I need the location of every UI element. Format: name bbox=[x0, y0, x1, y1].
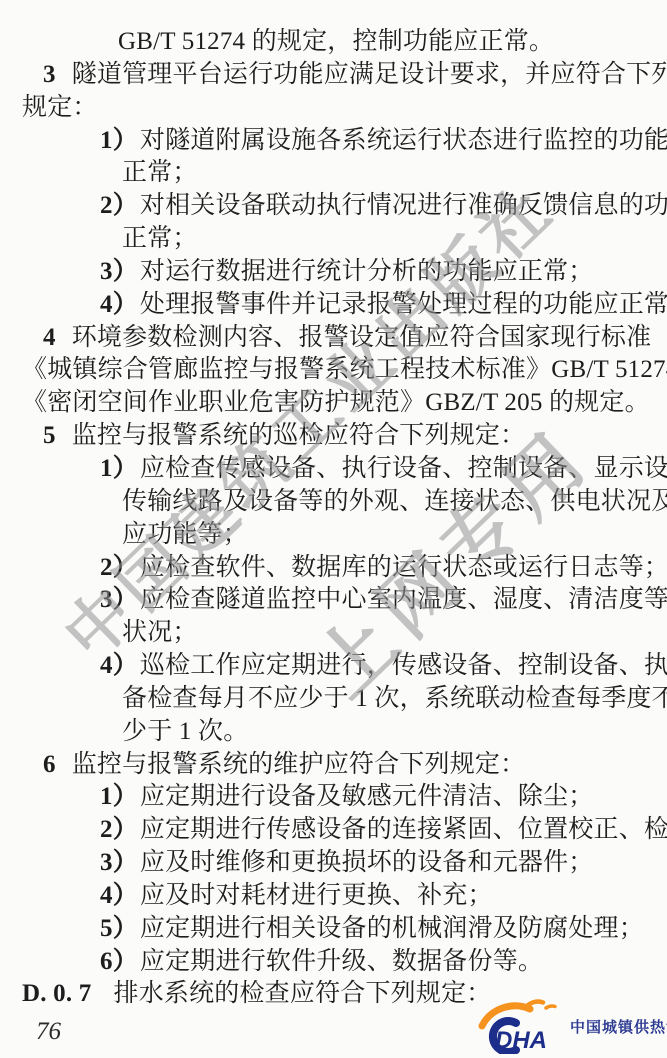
org-name: 中国城镇供热协会 bbox=[570, 1016, 667, 1037]
text-line: 3）应检查隧道监控中心室内温度、湿度、清洁度等环境 bbox=[0, 584, 667, 617]
text-line: 3隧道管理平台运行功能应满足设计要求，并应符合下列 bbox=[0, 59, 667, 92]
text-line: GB/T 51274 的规定，控制功能应正常。 bbox=[0, 26, 667, 59]
line-text: 正常； bbox=[122, 159, 198, 186]
line-text: 环境参数检测内容、报警设定值应符合国家现行标准 bbox=[72, 324, 652, 351]
text-line: 2）对相关设备联动执行情况进行准确反馈信息的功能应 bbox=[0, 190, 667, 223]
text-line: 《城镇综合管廊监控与报警系统工程技术标准》GB/T 51274 和 bbox=[0, 354, 667, 387]
page-number: 76 bbox=[36, 1018, 61, 1046]
text-line: 正常； bbox=[0, 223, 667, 256]
line-text: 规定： bbox=[22, 94, 98, 121]
line-prefix: 4 bbox=[43, 324, 56, 351]
line-prefix: 4） bbox=[100, 652, 138, 679]
line-text: 《密闭空间作业职业危害防护规范》GBZ/T 205 的规定。 bbox=[22, 389, 650, 416]
line-text: 应定期进行软件升级、数据备份等。 bbox=[140, 948, 543, 975]
text-line: 状况； bbox=[0, 617, 667, 650]
line-prefix: 6 bbox=[43, 751, 56, 778]
text-line: 规定： bbox=[0, 92, 667, 125]
text-line: 1）应定期进行设备及敏感元件清洁、除尘； bbox=[0, 781, 667, 814]
line-text: 应及时维修和更换损坏的设备和元器件； bbox=[140, 849, 594, 876]
text-line: 5监控与报警系统的巡检应符合下列规定： bbox=[0, 420, 667, 453]
text-line: 4环境参数检测内容、报警设定值应符合国家现行标准 bbox=[0, 322, 667, 355]
text-line: 正常； bbox=[0, 157, 667, 190]
line-prefix: 3 bbox=[43, 61, 56, 88]
line-text: 应功能等； bbox=[122, 521, 248, 548]
line-text: 应检查传感设备、执行设备、控制设备、显示设备、 bbox=[140, 455, 667, 482]
text-line: 1）对隧道附属设施各系统运行状态进行监控的功能应 bbox=[0, 125, 667, 158]
text-line: 4）巡检工作应定期进行，传感设备、控制设备、执行设 bbox=[0, 650, 667, 683]
line-text: 传输线路及设备等的外观、连接状态、供电状况及相 bbox=[122, 488, 667, 515]
logo-abbr: DHA bbox=[495, 1027, 547, 1054]
line-prefix: 4） bbox=[100, 291, 138, 318]
line-text: 对相关设备联动执行情况进行准确反馈信息的功能应 bbox=[140, 192, 667, 219]
line-text: 巡检工作应定期进行，传感设备、控制设备、执行设 bbox=[140, 652, 667, 679]
line-text: GB/T 51274 的规定，控制功能应正常。 bbox=[118, 28, 554, 55]
line-text: 监控与报警系统的维护应符合下列规定： bbox=[72, 751, 526, 778]
line-prefix: 3） bbox=[100, 849, 138, 876]
text-line: 4）应及时对耗材进行更换、补充； bbox=[0, 880, 667, 913]
footer-logo: DHA 中国城镇供热协会 bbox=[472, 998, 667, 1054]
text-line: 备检查每月不应少于 1 次，系统联动检查每季度不应 bbox=[0, 683, 667, 716]
line-text: 《城镇综合管廊监控与报警系统工程技术标准》GB/T 51274 和 bbox=[22, 356, 667, 383]
line-text: 处理报警事件并记录报警处理过程的功能应正常。 bbox=[140, 291, 667, 318]
line-text: 应检查隧道监控中心室内温度、湿度、清洁度等环境 bbox=[140, 586, 667, 613]
line-text: 应定期进行相关设备的机械润滑及防腐处理； bbox=[140, 915, 644, 942]
line-prefix: D. 0. 7 bbox=[22, 980, 91, 1007]
line-prefix: 2） bbox=[100, 192, 138, 219]
text-line: 5）应定期进行相关设备的机械润滑及防腐处理； bbox=[0, 913, 667, 946]
line-text: 隧道管理平台运行功能应满足设计要求，并应符合下列 bbox=[72, 61, 667, 88]
line-prefix: 2） bbox=[100, 816, 138, 843]
text-line: 6监控与报警系统的维护应符合下列规定： bbox=[0, 749, 667, 782]
text-line: 2）应定期进行传感设备的连接紧固、位置校正、检定； bbox=[0, 814, 667, 847]
line-text: 状况； bbox=[122, 619, 198, 646]
line-text: 应及时对耗材进行更换、补充； bbox=[140, 882, 493, 909]
text-line: 少于 1 次。 bbox=[0, 716, 667, 749]
line-prefix: 3） bbox=[100, 258, 138, 285]
line-text: 监控与报警系统的巡检应符合下列规定： bbox=[72, 422, 526, 449]
text-line: 6）应定期进行软件升级、数据备份等。 bbox=[0, 946, 667, 979]
text-line: 2）应检查软件、数据库的运行状态或运行日志等； bbox=[0, 552, 667, 585]
line-text: 应定期进行设备及敏感元件清洁、除尘； bbox=[140, 783, 594, 810]
text-lines: GB/T 51274 的规定，控制功能应正常。3隧道管理平台运行功能应满足设计要… bbox=[0, 26, 667, 1011]
text-line: 应功能等； bbox=[0, 519, 667, 552]
line-text: 正常； bbox=[122, 225, 198, 252]
text-line: 《密闭空间作业职业危害防护规范》GBZ/T 205 的规定。 bbox=[0, 387, 667, 420]
line-prefix: 5） bbox=[100, 915, 138, 942]
line-text: 对隧道附属设施各系统运行状态进行监控的功能应 bbox=[140, 127, 667, 154]
line-prefix: 4） bbox=[100, 882, 138, 909]
line-prefix: 2） bbox=[100, 554, 138, 581]
line-prefix: 1） bbox=[100, 455, 138, 482]
text-line: 3）对运行数据进行统计分析的功能应正常； bbox=[0, 256, 667, 289]
text-line: 1）应检查传感设备、执行设备、控制设备、显示设备、 bbox=[0, 453, 667, 486]
text-line: 传输线路及设备等的外观、连接状态、供电状况及相 bbox=[0, 486, 667, 519]
line-prefix: 1） bbox=[100, 783, 138, 810]
line-text: 应检查软件、数据库的运行状态或运行日志等； bbox=[140, 554, 667, 581]
line-text: 少于 1 次。 bbox=[122, 718, 248, 745]
line-prefix: 6） bbox=[100, 948, 138, 975]
line-text: 排水系统的检查应符合下列规定： bbox=[113, 980, 491, 1007]
text-line: 4）处理报警事件并记录报警处理过程的功能应正常。 bbox=[0, 289, 667, 322]
text-line: 3）应及时维修和更换损坏的设备和元器件； bbox=[0, 847, 667, 880]
line-text: 备检查每月不应少于 1 次，系统联动检查每季度不应 bbox=[122, 685, 667, 712]
line-prefix: 5 bbox=[43, 422, 56, 449]
cdha-logo-icon: DHA bbox=[472, 998, 564, 1054]
line-text: 对运行数据进行统计分析的功能应正常； bbox=[140, 258, 594, 285]
line-text: 应定期进行传感设备的连接紧固、位置校正、检定； bbox=[140, 816, 667, 843]
line-prefix: 1） bbox=[100, 127, 138, 154]
document-page: GB/T 51274 的规定，控制功能应正常。3隧道管理平台运行功能应满足设计要… bbox=[0, 0, 667, 1058]
line-prefix: 3） bbox=[100, 586, 138, 613]
